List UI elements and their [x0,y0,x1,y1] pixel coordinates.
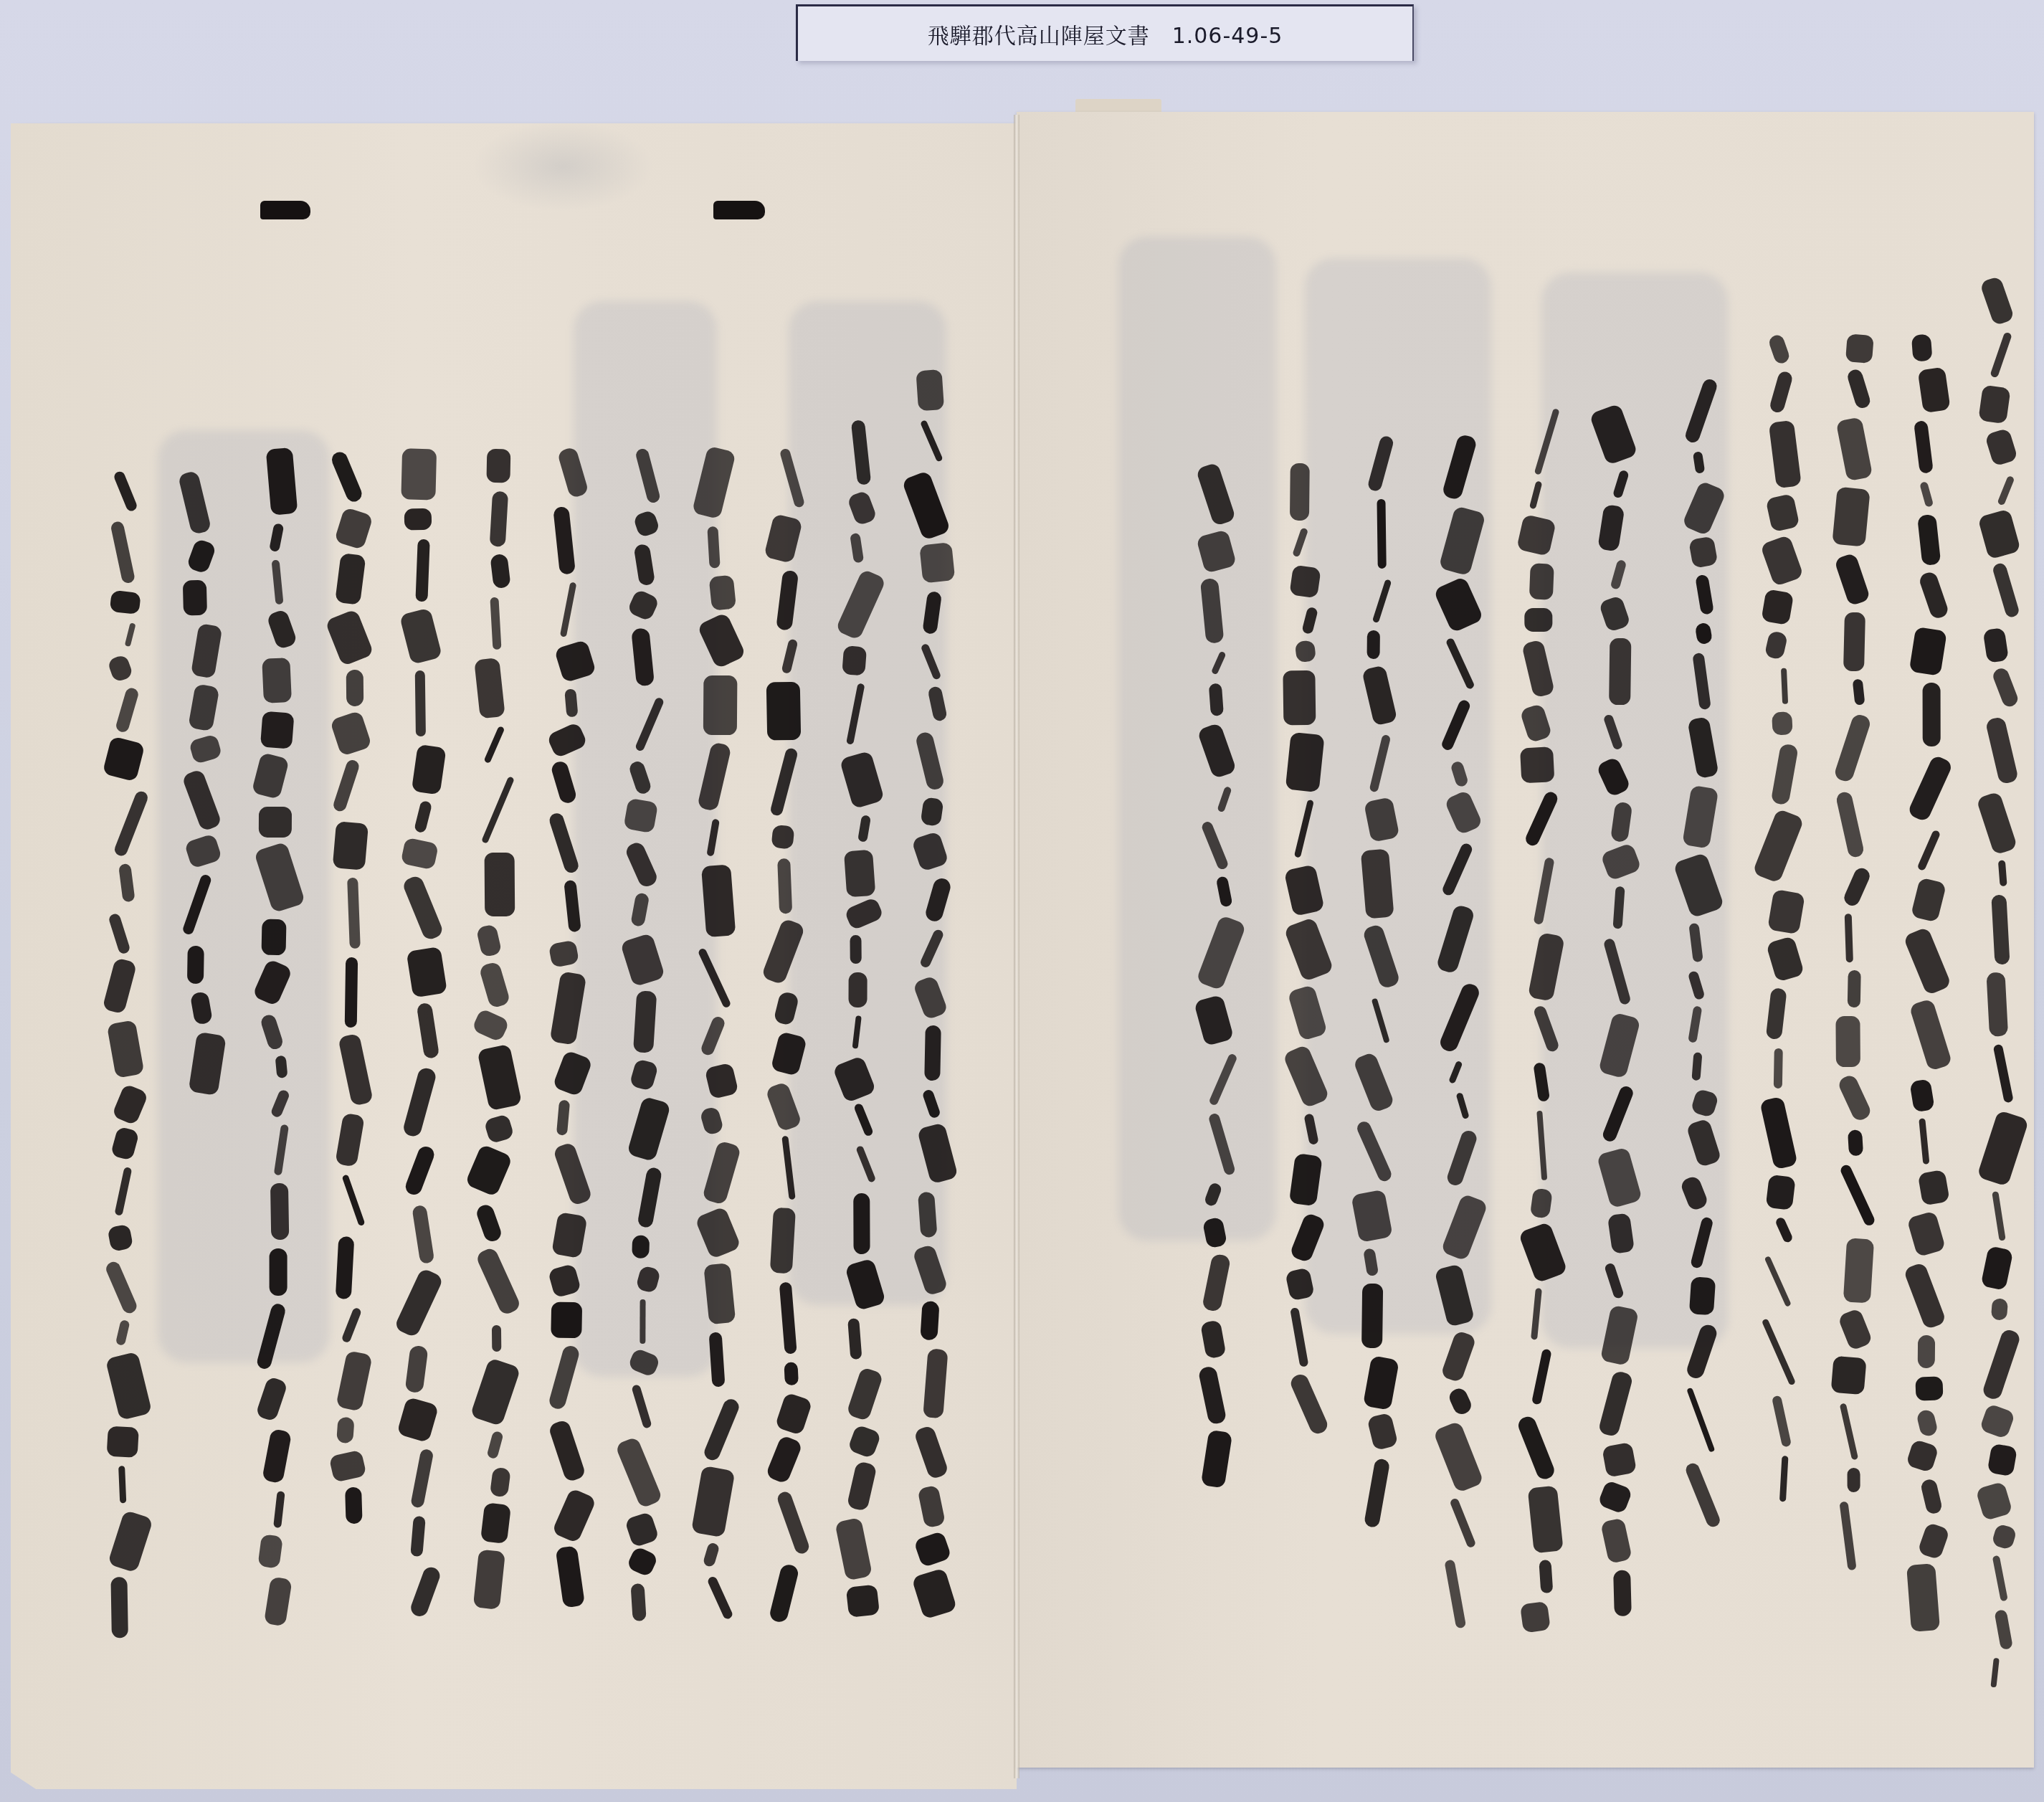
ink-stroke [853,1193,870,1254]
ink-stroke [556,1545,585,1608]
ink-stroke [471,1008,510,1043]
ink-stroke [913,1243,949,1296]
handwritten-column [104,466,147,1642]
ink-stroke [186,538,217,574]
ink-stroke [412,1205,434,1264]
ink-stroke [252,752,290,800]
ink-stroke [486,449,510,483]
ink-stroke [1600,1517,1632,1564]
ink-stroke [769,747,799,817]
ink-stroke [1911,878,1946,923]
ink-stroke [764,513,803,564]
ink-stroke [1977,508,2021,559]
ink-stroke [1445,637,1475,690]
ink-stroke [1439,506,1486,577]
ink-stroke [620,933,666,987]
ink-stroke [1602,714,1623,751]
ink-stroke [1765,1175,1795,1210]
ink-stroke [1909,626,1947,675]
ink-stroke [1903,926,1952,995]
ink-stroke [695,1206,741,1260]
ink-stroke [1979,1403,2015,1439]
ink-stroke [1853,679,1865,706]
ink-stroke [345,957,358,1027]
ink-stroke [633,990,657,1053]
ink-stroke [345,1486,362,1524]
ink-stroke [342,1175,366,1227]
ink-stroke [107,1426,140,1459]
ink-stroke [1200,1320,1226,1360]
ink-stroke [1995,1609,2014,1650]
ink-stroke [400,837,438,870]
ink-stroke [1519,703,1552,744]
ink-stroke [1991,666,2020,708]
ink-stroke [847,490,878,526]
ink-stroke [1903,1262,1946,1330]
ink-stroke [1198,1365,1227,1425]
ink-stroke [485,853,515,916]
ink-stroke [1610,559,1627,590]
ink-stroke [553,506,576,574]
ink-stroke [698,948,732,1009]
ink-stroke [112,1083,149,1126]
ink-stroke [1362,665,1398,726]
ink-stroke [255,1302,287,1370]
ink-stroke [1610,801,1632,843]
ink-stroke [1438,982,1482,1054]
ink-stroke [1531,1288,1543,1339]
ink-stroke [1524,608,1552,632]
ink-stroke [1918,1522,1951,1560]
ink-stroke [108,912,131,954]
handwritten-column [695,445,738,1635]
ink-stroke [920,1301,939,1340]
ink-stroke [705,1063,739,1100]
ink-stroke [776,1490,811,1555]
ink-stroke [183,580,207,616]
ink-stroke [1764,1256,1792,1307]
ink-stroke [333,821,369,870]
ink-stroke [103,736,145,782]
ink-stroke [341,1307,363,1344]
ink-stroke [269,1248,287,1296]
ink-stroke [920,643,941,681]
ink-stroke [1976,791,2017,855]
ink-stroke [262,1429,292,1484]
ink-stroke [916,369,945,411]
ink-stroke [401,1066,437,1138]
ink-stroke [637,1167,662,1228]
ink-stroke [270,1089,291,1119]
ink-stroke [1449,1498,1476,1549]
ink-stroke [124,622,136,647]
ink-stroke [1993,1044,2014,1104]
ink-stroke [1520,1601,1551,1633]
ink-stroke [1848,970,1861,1007]
ink-stroke [553,1142,593,1206]
ink-stroke [699,1015,726,1057]
ink-stroke [411,1516,427,1557]
ink-stroke [475,1246,521,1317]
ink-stroke [107,1020,145,1078]
ink-stroke [1688,970,1706,1000]
ink-stroke [765,1435,803,1484]
ink-stroke [1449,1060,1464,1083]
ink-stroke [624,1511,660,1547]
ink-stroke [1917,830,1941,872]
ink-stroke [1518,1222,1568,1284]
ink-stroke [1216,876,1233,908]
ink-stroke [1607,1213,1635,1254]
center-fold [1014,115,1019,1778]
ink-stroke [560,582,577,637]
ink-stroke [1367,630,1380,659]
ink-stroke [109,590,141,615]
ink-stroke [1695,574,1714,615]
ink-stroke [1984,716,2018,784]
ink-stroke [849,972,867,1007]
handwritten-column [1907,330,1950,1635]
ink-stroke [1528,932,1565,1002]
ink-stroke [1589,403,1637,465]
ink-stroke [1835,1016,1860,1067]
ink-stroke [1840,1501,1857,1570]
ink-stroke [564,689,578,718]
ink-stroke [1529,480,1542,508]
ink-stroke [1447,1386,1473,1417]
ink-stroke [1353,1052,1395,1114]
ink-stroke [1984,428,2018,468]
handwritten-column [255,445,298,1642]
ink-stroke [707,1575,734,1621]
ink-stroke [845,1258,886,1311]
handwritten-column [1979,272,2022,1692]
ink-stroke [1682,785,1719,849]
ink-stroke [1907,754,1954,822]
ink-stroke [1372,997,1390,1043]
ink-stroke [919,929,945,969]
ink-stroke [706,819,720,857]
ink-stroke [627,589,660,622]
ink-stroke [1845,914,1853,962]
ink-stroke [1839,1403,1858,1460]
ink-stroke [548,1419,586,1483]
handwritten-column [548,445,591,1635]
handwritten-column [624,445,667,1628]
ink-stroke [632,1235,650,1258]
ink-stroke [1301,606,1318,635]
ink-stroke [336,1236,354,1299]
ink-stroke [779,1282,797,1355]
ink-stroke [1768,370,1794,414]
ink-stroke [1440,1329,1477,1383]
ink-stroke [1360,849,1393,919]
ink-stroke [1355,1119,1394,1183]
ink-stroke [634,697,665,752]
ink-stroke [271,560,283,605]
ink-stroke [1196,915,1246,991]
ink-stroke [1290,1307,1309,1367]
ink-stroke [1991,1523,2017,1551]
handwritten-column [1197,459,1240,1492]
ink-stroke [632,1384,652,1428]
ink-stroke [1911,334,1933,361]
ink-stroke [483,1114,514,1144]
ink-stroke [338,1033,374,1106]
ink-stroke [709,575,737,611]
ink-stroke [1433,1421,1485,1494]
ink-stroke [1455,1092,1469,1119]
ink-stroke [922,590,942,635]
ink-stroke [1906,1563,1940,1632]
ink-stroke [1831,1355,1867,1395]
ink-stroke [1369,734,1391,793]
ink-stroke [1377,498,1386,569]
ink-stroke [1687,716,1719,779]
ink-stroke [405,1345,429,1394]
ink-stroke [1907,1211,1946,1258]
ink-stroke [1599,843,1641,881]
ink-stroke [1201,820,1230,870]
ink-stroke [702,1141,742,1206]
ink-stroke [548,812,580,875]
ink-stroke [920,542,956,584]
ink-stroke [911,830,949,871]
ink-stroke [1835,417,1873,482]
handwritten-column [473,445,516,1613]
ink-stroke [474,658,505,719]
ink-stroke [850,935,862,964]
ink-stroke [1833,713,1872,783]
ink-stroke [1688,1006,1702,1044]
ink-stroke [262,658,293,703]
ink-stroke [777,858,792,914]
ink-stroke [918,1484,946,1528]
ink-stroke [779,447,805,508]
ink-stroke [1916,1408,1939,1438]
ink-stroke [1612,886,1625,929]
ink-stroke [1531,1348,1551,1405]
ink-stroke [1768,420,1801,488]
ink-stroke [483,726,505,764]
ink-stroke [477,1044,523,1111]
ink-stroke [769,1208,795,1274]
ink-stroke [1766,493,1800,532]
ink-stroke [548,1263,581,1299]
ink-stroke [776,570,799,631]
ink-stroke [548,939,580,968]
ink-stroke [855,1145,876,1182]
ink-stroke [110,1577,128,1638]
ink-stroke [407,947,447,997]
ink-stroke [1444,1560,1466,1629]
ink-stroke [1527,1485,1563,1552]
ink-stroke [709,1332,726,1387]
ink-stroke [1673,852,1725,918]
ink-stroke [417,1002,440,1059]
ink-stroke [1692,1052,1703,1081]
ink-stroke [1920,1478,1943,1515]
ink-stroke [635,1266,661,1294]
ink-stroke [1596,756,1631,797]
item-marker-ichi [713,201,765,219]
ink-stroke [103,957,138,1014]
ink-stroke [470,1357,520,1426]
ink-stroke [480,1502,511,1544]
ink-stroke [1680,1175,1710,1212]
ink-stroke [259,807,292,838]
ink-stroke [1759,535,1803,587]
ink-stroke [273,1491,285,1528]
ink-stroke [842,645,867,676]
ink-stroke [1774,1216,1794,1244]
ink-stroke [784,1362,798,1385]
ink-stroke [701,864,736,937]
ink-stroke [1767,333,1791,366]
ink-stroke [472,1550,505,1610]
ink-stroke [1686,1387,1715,1452]
ink-stroke [399,608,442,665]
ink-stroke [627,1347,661,1378]
ink-stroke [409,1565,442,1618]
ink-stroke [113,470,138,513]
ink-stroke [1843,612,1865,672]
ink-stroke [1602,937,1631,1005]
handwritten-column [767,445,810,1628]
ink-stroke [1521,639,1555,698]
ink-stroke [1283,670,1316,726]
ink-stroke [912,975,948,1020]
ink-stroke [1364,1459,1391,1530]
ink-stroke [274,1124,290,1176]
ink-stroke [912,1568,958,1620]
ink-stroke [634,544,656,587]
catalog-label: 飛騨郡代高山陣屋文書 1.06-49-5 [796,4,1414,61]
ink-stroke [1364,797,1399,843]
ink-stroke [847,1461,878,1512]
ink-stroke [634,447,661,504]
ink-stroke [264,1576,293,1626]
ink-stroke [1781,668,1788,703]
ink-stroke [853,1103,874,1137]
ink-stroke [1292,527,1308,557]
ink-stroke [113,789,149,858]
ink-stroke [181,873,212,936]
ink-stroke [1914,420,1933,473]
ink-stroke [110,521,136,584]
ink-stroke [1848,1129,1863,1156]
ink-stroke [771,825,795,850]
ink-stroke [1918,366,1951,413]
handwritten-column [179,466,222,1097]
ink-stroke [921,1089,941,1119]
ink-stroke [1539,1560,1554,1594]
ink-stroke [1283,917,1334,982]
ink-stroke [1283,1044,1331,1109]
ink-stroke [1442,433,1478,501]
ink-stroke [1612,470,1629,499]
handwritten-column [401,445,445,1621]
ink-stroke [1839,1164,1876,1228]
ink-stroke [770,1031,807,1076]
ink-stroke [1976,1481,2014,1521]
ink-stroke [1983,627,2009,663]
ink-stroke [924,1025,941,1081]
ink-stroke [551,1212,588,1258]
ink-stroke [1766,936,1805,982]
ink-stroke [1362,924,1401,990]
ink-stroke [119,1466,127,1503]
ink-stroke [857,815,871,843]
ink-stroke [1372,579,1391,623]
ink-stroke [401,448,437,501]
ink-stroke [396,1397,439,1443]
ink-stroke [1351,1189,1392,1242]
ink-stroke [489,490,508,546]
ink-stroke [623,798,658,833]
ink-stroke [913,1425,949,1480]
ink-stroke [1772,1395,1792,1447]
ink-stroke [1771,743,1799,806]
ink-stroke [699,1106,724,1136]
ink-stroke [335,1113,365,1167]
ink-stroke [115,1319,130,1346]
ink-stroke [189,734,223,764]
ink-stroke [1444,789,1483,835]
ink-stroke [1987,1443,2017,1476]
ink-stroke [835,569,887,640]
ink-stroke [1992,1555,2008,1602]
ink-stroke [627,1546,660,1578]
ink-stroke [550,759,578,805]
ink-stroke [1285,732,1324,793]
ink-stroke [475,1203,503,1244]
ink-stroke [1916,1377,1944,1402]
ink-stroke [917,1122,959,1185]
ink-stroke [915,731,946,791]
ink-stroke [110,1126,139,1161]
ink-stroke [630,893,650,927]
ink-stroke [1516,514,1556,556]
ink-stroke [118,863,136,903]
ink-stroke [1440,698,1472,752]
ink-stroke [1694,622,1712,645]
ink-stroke [266,609,298,650]
ink-stroke [546,721,588,758]
ink-stroke [348,878,361,949]
ink-stroke [476,924,503,958]
ink-stroke [410,1448,434,1509]
handwritten-column [1437,430,1480,1649]
ink-stroke [782,1136,797,1200]
ink-stroke [1688,923,1703,962]
ink-stroke [1832,487,1871,547]
ink-stroke [1991,894,2010,964]
handwritten-column [1520,402,1563,1635]
ink-stroke [692,446,736,520]
ink-stroke [1208,1053,1238,1106]
ink-stroke [774,991,800,1026]
handwritten-column [839,416,882,1621]
ink-stroke [1294,800,1314,858]
ink-stroke [1991,1298,2009,1321]
ink-stroke [1289,463,1309,521]
ink-stroke [551,1487,597,1543]
ink-stroke [918,1192,937,1238]
ink-stroke [188,1032,226,1096]
ink-stroke [1211,651,1227,675]
ink-stroke [1979,275,2015,326]
